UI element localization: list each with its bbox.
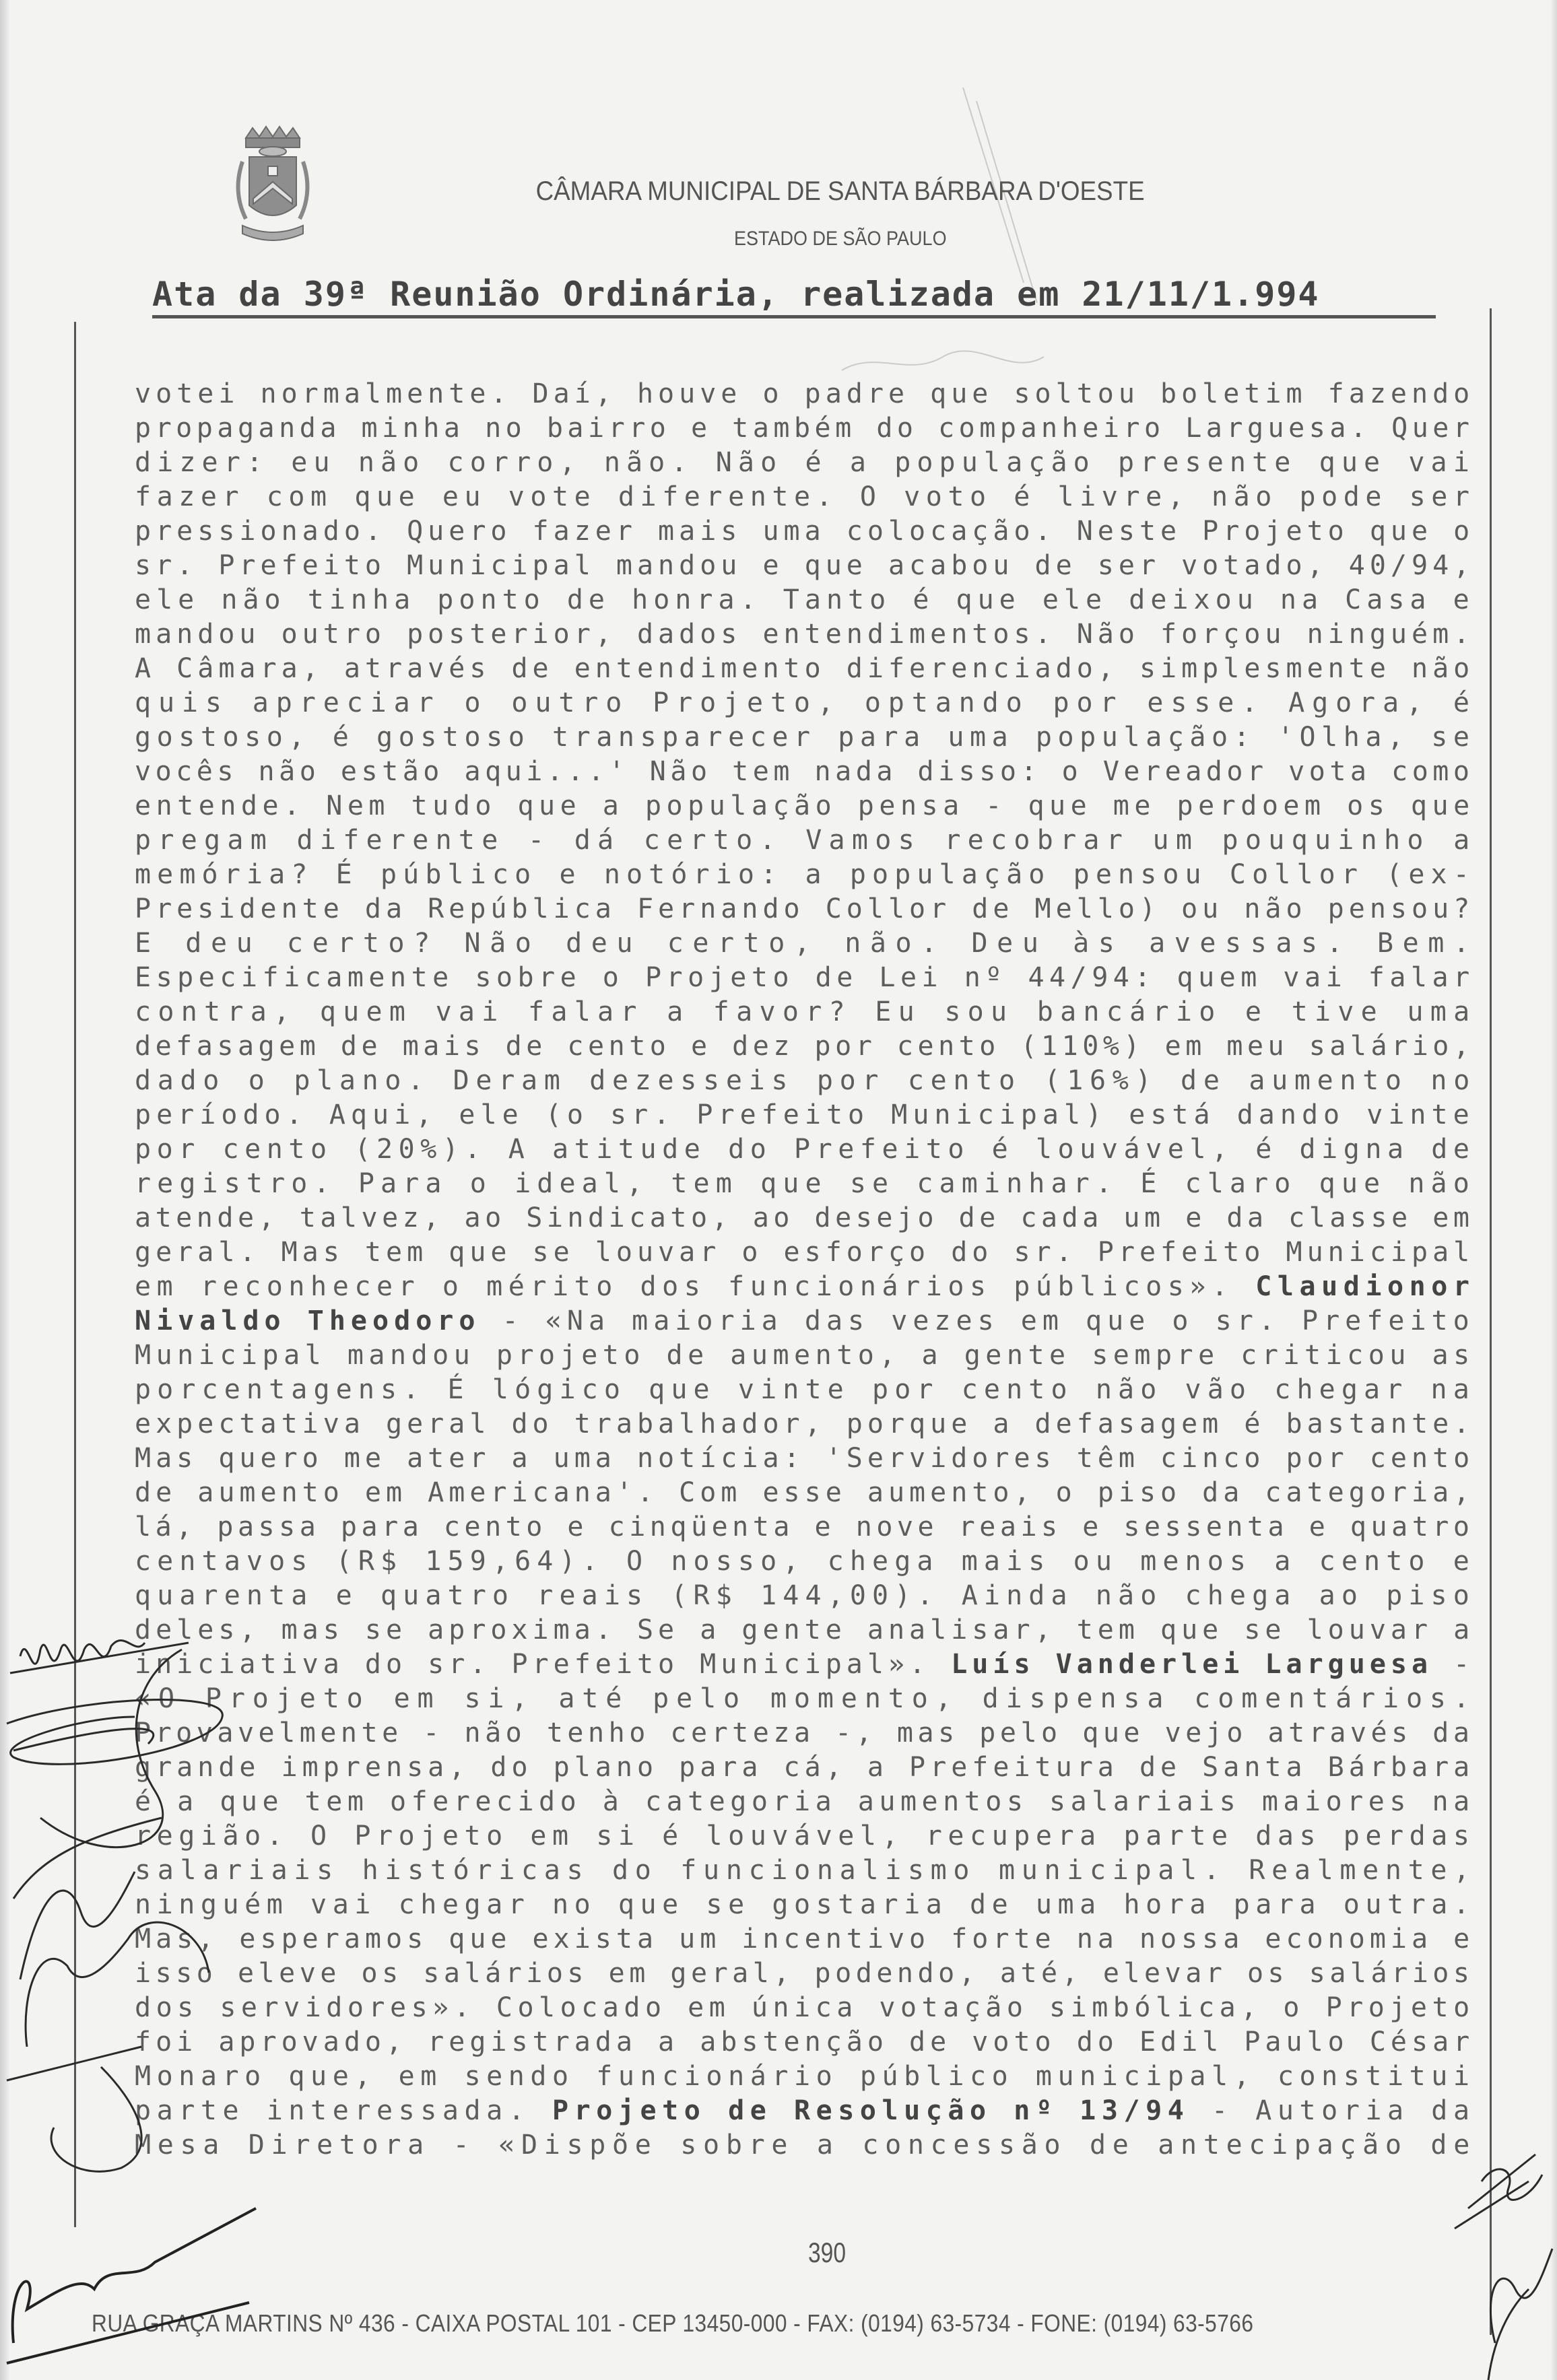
text-line: quarenta e quatro reais (R$ 144,00). Ain…	[135, 1579, 1469, 1613]
margin-rule-right	[1490, 308, 1492, 2335]
text-line: ele não tinha ponto de honra. Tanto é qu…	[135, 583, 1469, 617]
text-segment: porcentagens. É lógico que vinte por cen…	[135, 1374, 1476, 1405]
text-line: Monaro que, em sendo funcionário público…	[135, 2060, 1469, 2094]
coat-of-arms-icon	[229, 125, 317, 249]
text-line: defasagem de mais de cento e dez por cen…	[135, 1029, 1469, 1064]
text-line: foi aprovado, registrada a abstenção de …	[135, 2025, 1469, 2060]
text-line: isso eleve os salários em geral, podendo…	[135, 1957, 1469, 1991]
text-segment: é a que tem oferecido à categoria aument…	[135, 1786, 1475, 1817]
text-segment: lá, passa para cento e cinqüenta e nove …	[135, 1511, 1473, 1542]
text-line: centavos (R$ 159,64). O nosso, chega mai…	[135, 1544, 1469, 1579]
text-line: lá, passa para cento e cinqüenta e nove …	[135, 1510, 1469, 1544]
text-line: dos servidores». Colocado em única votaç…	[135, 1991, 1469, 2025]
text-line: região. O Projeto em si é louvável, recu…	[135, 1819, 1469, 1854]
text-line: Mesa Diretora - «Dispõe sobre a concessã…	[135, 2128, 1469, 2163]
scan-edge	[0, 0, 9, 2380]
text-line: atende, talvez, ao Sindicato, ao desejo …	[135, 1201, 1469, 1235]
text-line: deles, mas se aproxima. Se a gente anali…	[135, 1613, 1469, 1647]
text-segment: pressionado. Quero fazer mais uma coloca…	[135, 516, 1474, 547]
text-segment: propaganda minha no bairro e também do c…	[135, 413, 1473, 444]
text-line: grande imprensa, do plano para cá, a Pre…	[135, 1750, 1469, 1785]
text-line: Presidente da República Fernando Collor …	[135, 892, 1469, 926]
text-line: Mas quero me ater a uma notícia: 'Servid…	[135, 1441, 1469, 1476]
text-segment: dado o plano. Deram dezesseis por cento …	[135, 1065, 1476, 1096]
speaker-name: Nivaldo Theodoro	[135, 1305, 480, 1336]
text-line: Nivaldo Theodoro - «Na maioria das vezes…	[135, 1304, 1469, 1338]
text-segment: de aumento em Americana'. Com esse aumen…	[135, 1477, 1474, 1508]
text-line: período. Aqui, ele (o sr. Prefeito Munic…	[135, 1098, 1469, 1132]
text-line: memória? É público e notório: a populaçã…	[135, 858, 1469, 892]
text-line: dizer: eu não corro, não. Não é a popula…	[135, 446, 1469, 480]
text-line: ninguém vai chegar no que se gostaria de…	[135, 1888, 1469, 1922]
minutes-title: Ata da 39ª Reunião Ordinária, realizada …	[152, 275, 1436, 318]
footer-address: RUA GRAÇA MARTINS Nº 436 - CAIXA POSTAL …	[92, 2309, 1253, 2338]
text-segment: Presidente da República Fernando Collor …	[135, 893, 1474, 924]
text-segment: sr. Prefeito Municipal mandou e que acab…	[135, 550, 1474, 581]
text-line: porcentagens. É lógico que vinte por cen…	[135, 1373, 1469, 1407]
text-segment: parte interessada.	[135, 2095, 552, 2126]
text-segment: A Câmara, através de entendimento difere…	[135, 653, 1474, 684]
text-segment: - «Na maioria das vezes em que o sr. Pre…	[480, 1305, 1474, 1336]
text-line: Mas, esperamos que exista um incentivo f…	[135, 1922, 1469, 1957]
text-line: votei normalmente. Daí, houve o padre qu…	[135, 377, 1469, 411]
text-line: de aumento em Americana'. Com esse aumen…	[135, 1476, 1469, 1510]
text-line: pressionado. Quero fazer mais uma coloca…	[135, 514, 1469, 549]
text-line: entende. Nem tudo que a população pensa …	[135, 789, 1469, 823]
text-segment: -	[1432, 1649, 1474, 1680]
text-segment: contra, quem vai falar a favor? Eu sou b…	[135, 996, 1476, 1027]
text-segment: grande imprensa, do plano para cá, a Pre…	[135, 1752, 1474, 1783]
text-segment: em reconhecer o mérito dos funcionários …	[135, 1271, 1255, 1302]
text-line: geral. Mas tem que se louvar o esforço d…	[135, 1235, 1469, 1270]
text-segment: Municipal mandou projeto de aumento, a g…	[135, 1340, 1475, 1371]
minutes-body: votei normalmente. Daí, houve o padre qu…	[135, 377, 1469, 2163]
text-line: dado o plano. Deram dezesseis por cento …	[135, 1064, 1469, 1098]
text-segment: Monaro que, em sendo funcionário público…	[135, 2061, 1476, 2092]
text-line: registro. Para o ideal, tem que se camin…	[135, 1167, 1469, 1201]
text-segment: ninguém vai chegar no que se gostaria de…	[135, 1889, 1476, 1920]
text-segment: Especificamente sobre o Projeto de Lei n…	[135, 962, 1475, 993]
text-segment: - Autoria da	[1189, 2095, 1475, 2126]
speaker-name: Luís Vanderlei Larguesa	[951, 1649, 1432, 1680]
speaker-name: Claudionor	[1255, 1271, 1475, 1302]
text-line: Provavelmente - não tenho certeza -, mas…	[135, 1716, 1469, 1750]
text-segment: fazer com que eu vote diferente. O voto …	[135, 481, 1476, 512]
text-segment: quis apreciar o outro Projeto, optando p…	[135, 687, 1477, 718]
text-segment: gostoso, é gostoso transparecer para uma…	[135, 722, 1476, 753]
text-segment: registro. Para o ideal, tem que se camin…	[135, 1168, 1476, 1199]
page-number: 390	[808, 2237, 846, 2269]
text-line: E deu certo? Não deu certo, não. Deu às …	[135, 926, 1469, 961]
margin-rule-left	[74, 322, 76, 2227]
text-segment: dos servidores». Colocado em única votaç…	[135, 1992, 1475, 2023]
text-segment: quarenta e quatro reais (R$ 144,00). Ain…	[135, 1580, 1476, 1611]
text-line: propaganda minha no bairro e também do c…	[135, 411, 1469, 446]
text-segment: deles, mas se aproxima. Se a gente anali…	[135, 1614, 1474, 1645]
institution-name: CÂMARA MUNICIPAL DE SANTA BÁRBARA D'OEST…	[512, 176, 1168, 207]
text-segment: geral. Mas tem que se louvar o esforço d…	[135, 1237, 1474, 1268]
text-line: contra, quem vai falar a favor? Eu sou b…	[135, 995, 1469, 1029]
text-segment: mandou outro posterior, dados entendimen…	[135, 619, 1474, 650]
state-name: ESTADO DE SÃO PAULO	[734, 228, 947, 250]
text-line: salariais históricas do funcionalismo mu…	[135, 1854, 1469, 1888]
text-segment: centavos (R$ 159,64). O nosso, chega mai…	[135, 1546, 1476, 1577]
text-segment: dizer: eu não corro, não. Não é a popula…	[135, 447, 1476, 478]
text-line: «O Projeto em si, até pelo momento, disp…	[135, 1682, 1469, 1716]
text-segment: atende, talvez, ao Sindicato, ao desejo …	[135, 1202, 1473, 1233]
text-line: é a que tem oferecido à categoria aument…	[135, 1785, 1469, 1819]
text-line: Municipal mandou projeto de aumento, a g…	[135, 1338, 1469, 1373]
text-line: expectativa geral do trabalhador, porque…	[135, 1407, 1469, 1441]
text-segment: região. O Projeto em si é louvável, recu…	[135, 1821, 1476, 1851]
speaker-name: Projeto de Resolução nº 13/94	[552, 2095, 1189, 2126]
text-segment: salariais históricas do funcionalismo mu…	[135, 1855, 1476, 1886]
text-segment: entende. Nem tudo que a população pensa …	[135, 790, 1475, 821]
text-line: mandou outro posterior, dados entendimen…	[135, 617, 1469, 652]
text-segment: Mas quero me ater a uma notícia: 'Servid…	[135, 1443, 1474, 1474]
text-segment: E deu certo? Não deu certo, não. Deu às …	[135, 928, 1479, 959]
text-line: em reconhecer o mérito dos funcionários …	[135, 1270, 1469, 1304]
text-line: sr. Prefeito Municipal mandou e que acab…	[135, 549, 1469, 583]
text-segment: iniciativa do sr. Prefeito Municipal».	[135, 1649, 951, 1680]
text-line: gostoso, é gostoso transparecer para uma…	[135, 720, 1469, 755]
text-line: fazer com que eu vote diferente. O voto …	[135, 480, 1469, 514]
text-segment: por cento (20%). A atitude do Prefeito é…	[135, 1134, 1476, 1165]
text-line: vocês não estão aqui...' Não tem nada di…	[135, 755, 1469, 789]
text-segment: ele não tinha ponto de honra. Tanto é qu…	[135, 584, 1475, 615]
text-line: quis apreciar o outro Projeto, optando p…	[135, 686, 1469, 720]
text-segment: vocês não estão aqui...' Não tem nada di…	[135, 756, 1473, 787]
text-segment: isso eleve os salários em geral, podendo…	[135, 1958, 1473, 1989]
text-segment: defasagem de mais de cento e dez por cen…	[135, 1031, 1473, 1062]
text-segment: expectativa geral do trabalhador, porque…	[135, 1408, 1474, 1439]
text-line: pregam diferente - dá certo. Vamos recob…	[135, 823, 1469, 858]
text-segment: Mas, esperamos que exista um incentivo f…	[135, 1924, 1474, 1954]
text-segment: período. Aqui, ele (o sr. Prefeito Munic…	[135, 1099, 1475, 1130]
text-segment: «O Projeto em si, até pelo momento, disp…	[135, 1683, 1477, 1714]
text-line: parte interessada. Projeto de Resolução …	[135, 2094, 1469, 2128]
text-segment: votei normalmente. Daí, houve o padre qu…	[135, 378, 1474, 409]
text-line: Especificamente sobre o Projeto de Lei n…	[135, 961, 1469, 995]
text-segment: foi aprovado, registrada a abstenção de …	[135, 2027, 1474, 2058]
text-line: por cento (20%). A atitude do Prefeito é…	[135, 1132, 1469, 1167]
text-line: A Câmara, através de entendimento difere…	[135, 652, 1469, 686]
text-segment: memória? É público e notório: a populaçã…	[135, 859, 1476, 890]
text-segment: Mesa Diretora - «Dispõe sobre a concessã…	[135, 2130, 1476, 2161]
text-segment: pregam diferente - dá certo. Vamos recob…	[135, 825, 1476, 856]
text-line: iniciativa do sr. Prefeito Municipal». L…	[135, 1647, 1469, 1682]
scan-edge	[1550, 0, 1557, 2380]
text-segment: Provavelmente - não tenho certeza -, mas…	[135, 1718, 1473, 1748]
